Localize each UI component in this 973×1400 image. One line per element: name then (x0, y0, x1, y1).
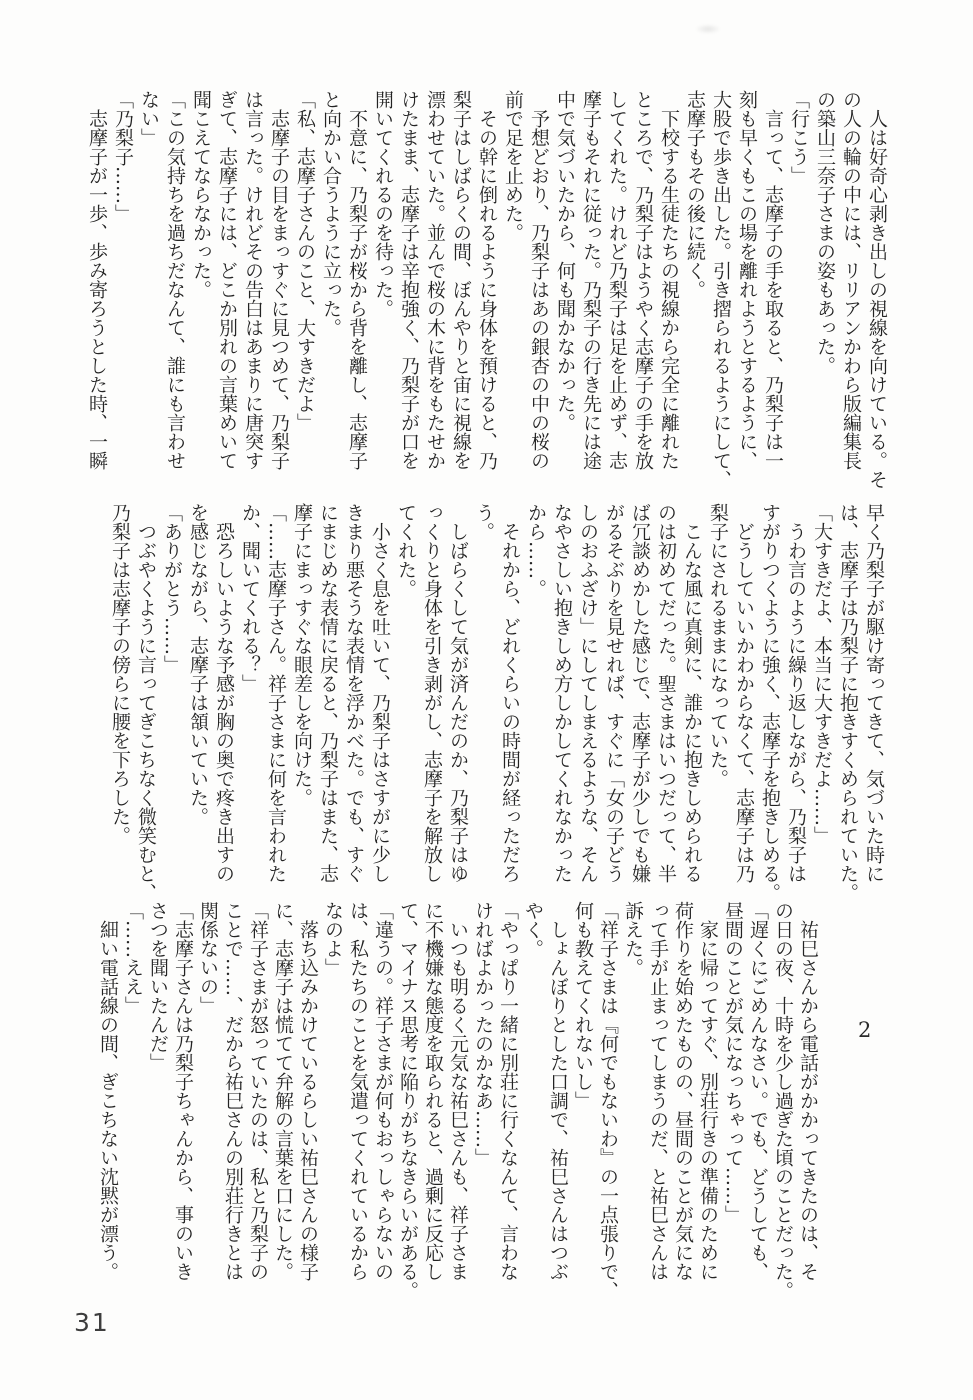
text-column: に、志摩子は慌てて弁解の言葉を口にした。 (270, 901, 295, 1305)
text-column: と向かい合うように立った。 (318, 90, 344, 494)
text-column: 「祥子さまは『何でもないわ』の一点張りで、 (595, 901, 620, 1305)
text-column: 大股で歩き出した。引き摺られるようにして、 (708, 90, 734, 494)
text-column: 「……ええ」 (120, 901, 145, 1305)
text-column: やく。 (520, 901, 545, 1305)
section-number: 2 (858, 1018, 871, 1042)
text-column: 摩子もそれに従った。乃梨子の行き先には途 (578, 90, 604, 494)
text-block-middle: 早く乃梨子が駆け寄ってきて、気づいた時には、志摩子は乃梨子に抱きすくめられていた… (107, 503, 887, 907)
page-number: 31 (74, 1308, 110, 1337)
text-column: つぶやくように言ってぎこちなく微笑むと、 (133, 503, 159, 907)
text-column: 前で足を止めた。 (500, 90, 526, 494)
text-column: いつも明るく元気な祐巳さんも、祥子さま (445, 901, 470, 1305)
text-column: 漂わせていた。並んで桜の木に背をもたせか (422, 90, 448, 494)
text-column: 小さく息を吐いて、乃梨子はさすがに少し (367, 503, 393, 907)
text-column: しのおふざけ」にしてしまえるような、そん (575, 503, 601, 907)
text-column: 人は好奇心剥き出しの視線を向けている。そ (864, 90, 890, 494)
text-column: 開いてくれるのを待った。 (370, 90, 396, 494)
text-column: ことで……、だから祐巳さんの別荘行きとは (220, 901, 245, 1305)
text-column: 落ち込みかけているらしい祐巳さんの様子 (295, 901, 320, 1305)
text-column: って手が止まってしまうのだ、と祐巳さんは (645, 901, 670, 1305)
text-column: て、マイナス思考に陥りがちなきらいがある。 (395, 901, 420, 1305)
text-column: 「私、志摩子さんのこと、大すきだよ」 (292, 90, 318, 494)
text-column: してくれた。けれど乃梨子は足を止めず、志 (604, 90, 630, 494)
text-column: ぎて、志摩子には、どこか別れの言葉めいて (214, 90, 240, 494)
text-column: その幹に倒れるように身体を預けると、乃 (474, 90, 500, 494)
text-column: 「大すきだよ、本当に大すきだよ……」 (809, 503, 835, 907)
text-column: 中で気づいたから、何も聞かなかった。 (552, 90, 578, 494)
text-column: は、私たちのことを気遣ってくれているから (345, 901, 370, 1305)
text-column: 家に帰ってすぐ、別荘行きの準備のために (695, 901, 720, 1305)
text-column: それから、どれくらいの時間が経っただろ (497, 503, 523, 907)
text-column: のは初めてだった。聖さまはいつだって、半 (653, 503, 679, 907)
text-column: 志摩子が一歩、歩み寄ろうとした時、一瞬 (84, 90, 110, 494)
text-column: 「違うの。祥子さまが何もおっしゃらないの (370, 901, 395, 1305)
text-block-top: 人は好奇心剥き出しの視線を向けている。その人の輪の中には、リリアンかわら版編集長… (84, 90, 890, 494)
text-column: 刻も早くもこの場を離れようとするように、 (734, 90, 760, 494)
text-column: 梨子はしばらくの間、ぼんやりと宙に視線を (448, 90, 474, 494)
text-column: 言って、志摩子の手を取ると、乃梨子は一 (760, 90, 786, 494)
text-column: の築山三奈子さまの姿もあった。 (812, 90, 838, 494)
text-column: の人の輪の中には、リリアンかわら版編集長 (838, 90, 864, 494)
text-column: すがりつくように強く、志摩子を抱きしめる。 (757, 503, 783, 907)
text-column: 志摩子の目をまっすぐに見つめて、乃梨子 (266, 90, 292, 494)
text-column: きまり悪そうな表情を浮かべた。でも、すぐ (341, 503, 367, 907)
text-column: 「ありがとう……」 (159, 503, 185, 907)
text-column: は、志摩子は乃梨子に抱きすくめられていた。 (835, 503, 861, 907)
text-column: 梨子にされるままになっていた。 (705, 503, 731, 907)
text-column: しばらくして気が済んだのか、乃梨子はゆ (445, 503, 471, 907)
scan-smudge (695, 24, 721, 34)
text-column: ない」 (136, 90, 162, 494)
text-column: か、聞いてくれる？」 (237, 503, 263, 907)
text-column: 何も教えてくれないし」 (570, 901, 595, 1305)
text-column: の日の夜、十時を少し過ぎた頃のことだった。 (770, 901, 795, 1305)
text-column: しょんぼりとした口調で、祐巳さんはつぶ (545, 901, 570, 1305)
text-column: けたまま、志摩子は辛抱強く、乃梨子が口を (396, 90, 422, 494)
text-block-bottom: 祐巳さんから電話がかかってきたのは、その日の夜、十時を少し過ぎた頃のことだった。… (95, 901, 820, 1305)
text-column: 聞こえてならなかった。 (188, 90, 214, 494)
text-column: を感じながら、志摩子は頷いていた。 (185, 503, 211, 907)
text-column: こんな風に真剣に、誰かに抱きしめられる (679, 503, 705, 907)
text-column: てくれた。 (393, 503, 419, 907)
text-column: ければよかったのかなあ……」 (470, 901, 495, 1305)
text-column: 予想どおり、乃梨子はあの銀杏の中の桜の (526, 90, 552, 494)
text-column: ところで、乃梨子はようやく志摩子の手を放 (630, 90, 656, 494)
text-column: う。 (471, 503, 497, 907)
text-column: 不意に、乃梨子が桜から背を離し、志摩子 (344, 90, 370, 494)
text-column: 恐ろしいような予感が胸の奥で疼き出すの (211, 503, 237, 907)
text-column: さつを聞いたんだ」 (145, 901, 170, 1305)
text-column: 乃梨子は志摩子の傍らに腰を下ろした。 (107, 503, 133, 907)
text-column: どうしていいかわからなくて、志摩子は乃 (731, 503, 757, 907)
scanned-novel-page: 人は好奇心剥き出しの視線を向けている。その人の輪の中には、リリアンかわら版編集長… (0, 0, 973, 1400)
text-column: 下校する生徒たちの視線から完全に離れた (656, 90, 682, 494)
text-column: 「この気持ちを過ちだなんて、誰にも言わせ (162, 90, 188, 494)
text-column: 「やっぱり一緒に別荘に行くなんて、言わな (495, 901, 520, 1305)
text-column: 摩子にまっすぐな眼差しを向けた。 (289, 503, 315, 907)
text-column: は言った。けれどその告白はあまりに唐突す (240, 90, 266, 494)
text-column: 早く乃梨子が駆け寄ってきて、気づいた時に (861, 503, 887, 907)
text-column: 「志摩子さんは乃梨子ちゃんから、事のいき (170, 901, 195, 1305)
text-column: がるそぶりを見せれば、すぐに「女の子どう (601, 503, 627, 907)
text-column: にまじめな表情に戻ると、乃梨子はまた、志 (315, 503, 341, 907)
text-column: 関係ないの」 (195, 901, 220, 1305)
text-column: 荷作りを始めたものの、昼間のことが気にな (670, 901, 695, 1305)
text-column: から……。 (523, 503, 549, 907)
text-column: 「祥子さまが怒っていたのは、私と乃梨子の (245, 901, 270, 1305)
text-column: に不機嫌な態度を取られると、過剰に反応し (420, 901, 445, 1305)
text-column: なのよ」 (320, 901, 345, 1305)
text-column: うわ言のように繰り返しながら、乃梨子は (783, 503, 809, 907)
text-column: っくりと身体を引き剥がし、志摩子を解放し (419, 503, 445, 907)
text-column: 「……志摩子さん。祥子さまに何を言われた (263, 503, 289, 907)
text-column: ば冗談めかした感じで、志摩子が少しでも嫌 (627, 503, 653, 907)
text-column: 志摩子もその後に続く。 (682, 90, 708, 494)
text-column: 細い電話線の間、ぎこちない沈黙が漂う。 (95, 901, 120, 1305)
text-column: 訴えた。 (620, 901, 645, 1305)
text-column: なやさしい抱きしめ方しかしてくれなかった (549, 503, 575, 907)
text-column: 「遅くにごめんなさい。でも、どうしても、 (745, 901, 770, 1305)
text-column: 「乃梨子……」 (110, 90, 136, 494)
text-column: 昼間のことが気になっちゃって……」 (720, 901, 745, 1305)
text-column: 祐巳さんから電話がかかってきたのは、そ (795, 901, 820, 1305)
text-column: 「行こう」 (786, 90, 812, 494)
